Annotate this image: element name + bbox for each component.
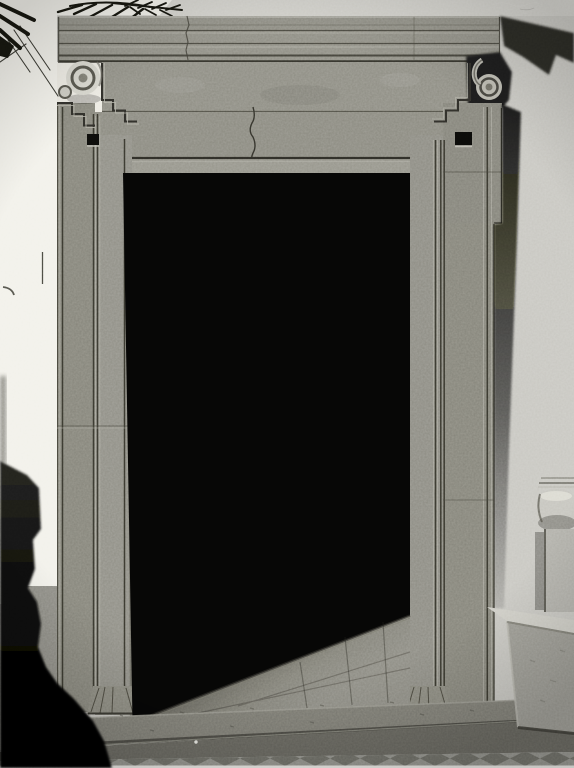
photograph <box>0 0 574 768</box>
vignette <box>0 0 574 768</box>
portal-photo-canvas <box>0 0 574 768</box>
